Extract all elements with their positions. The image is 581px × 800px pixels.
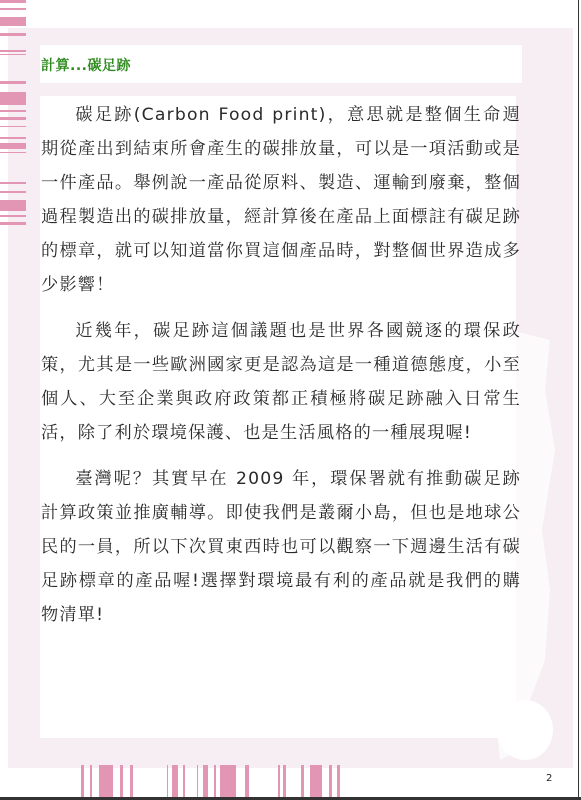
text-line: 近幾年，碳足跡這個議題也是世界各國競逐的環保政 [75, 321, 521, 341]
text-line: 活，除了利於環境保護、也是生活風格的一種展現喔! [41, 423, 472, 443]
text-line: 響！ [78, 275, 115, 295]
page-title: 計算...碳足跡 [41, 55, 131, 75]
page-border-right [578, 0, 579, 800]
paragraph-2: 近幾年，碳足跡這個議題也是世界各國競逐的環保政策，尤其是一些歐洲國家更是認為這是… [41, 314, 521, 450]
paragraph-1: 碳足跡(Carbon Food print)，意思就是整個生命週期從產出到結束所… [41, 98, 521, 302]
text-line: 跡標章的產品喔!選擇對環境最有利的產品就是我們的購物 [41, 571, 521, 625]
text-line: 策，尤其是一些歐洲國家更是認為這是一種道德態度，小至 [41, 355, 521, 375]
text-line: 清單! [59, 605, 104, 625]
paragraph-3: 臺灣呢？其實早在 2009 年，環保署就有推動碳足跡計算政策並推廣輔導。即使我們… [41, 462, 521, 632]
page-number: 2 [546, 773, 552, 784]
article-body: 碳足跡(Carbon Food print)，意思就是整個生命週期從產出到結束所… [41, 98, 521, 644]
text-line: 個人、大至企業與政府政策都正積極將碳足跡融入日常生 [41, 389, 521, 409]
